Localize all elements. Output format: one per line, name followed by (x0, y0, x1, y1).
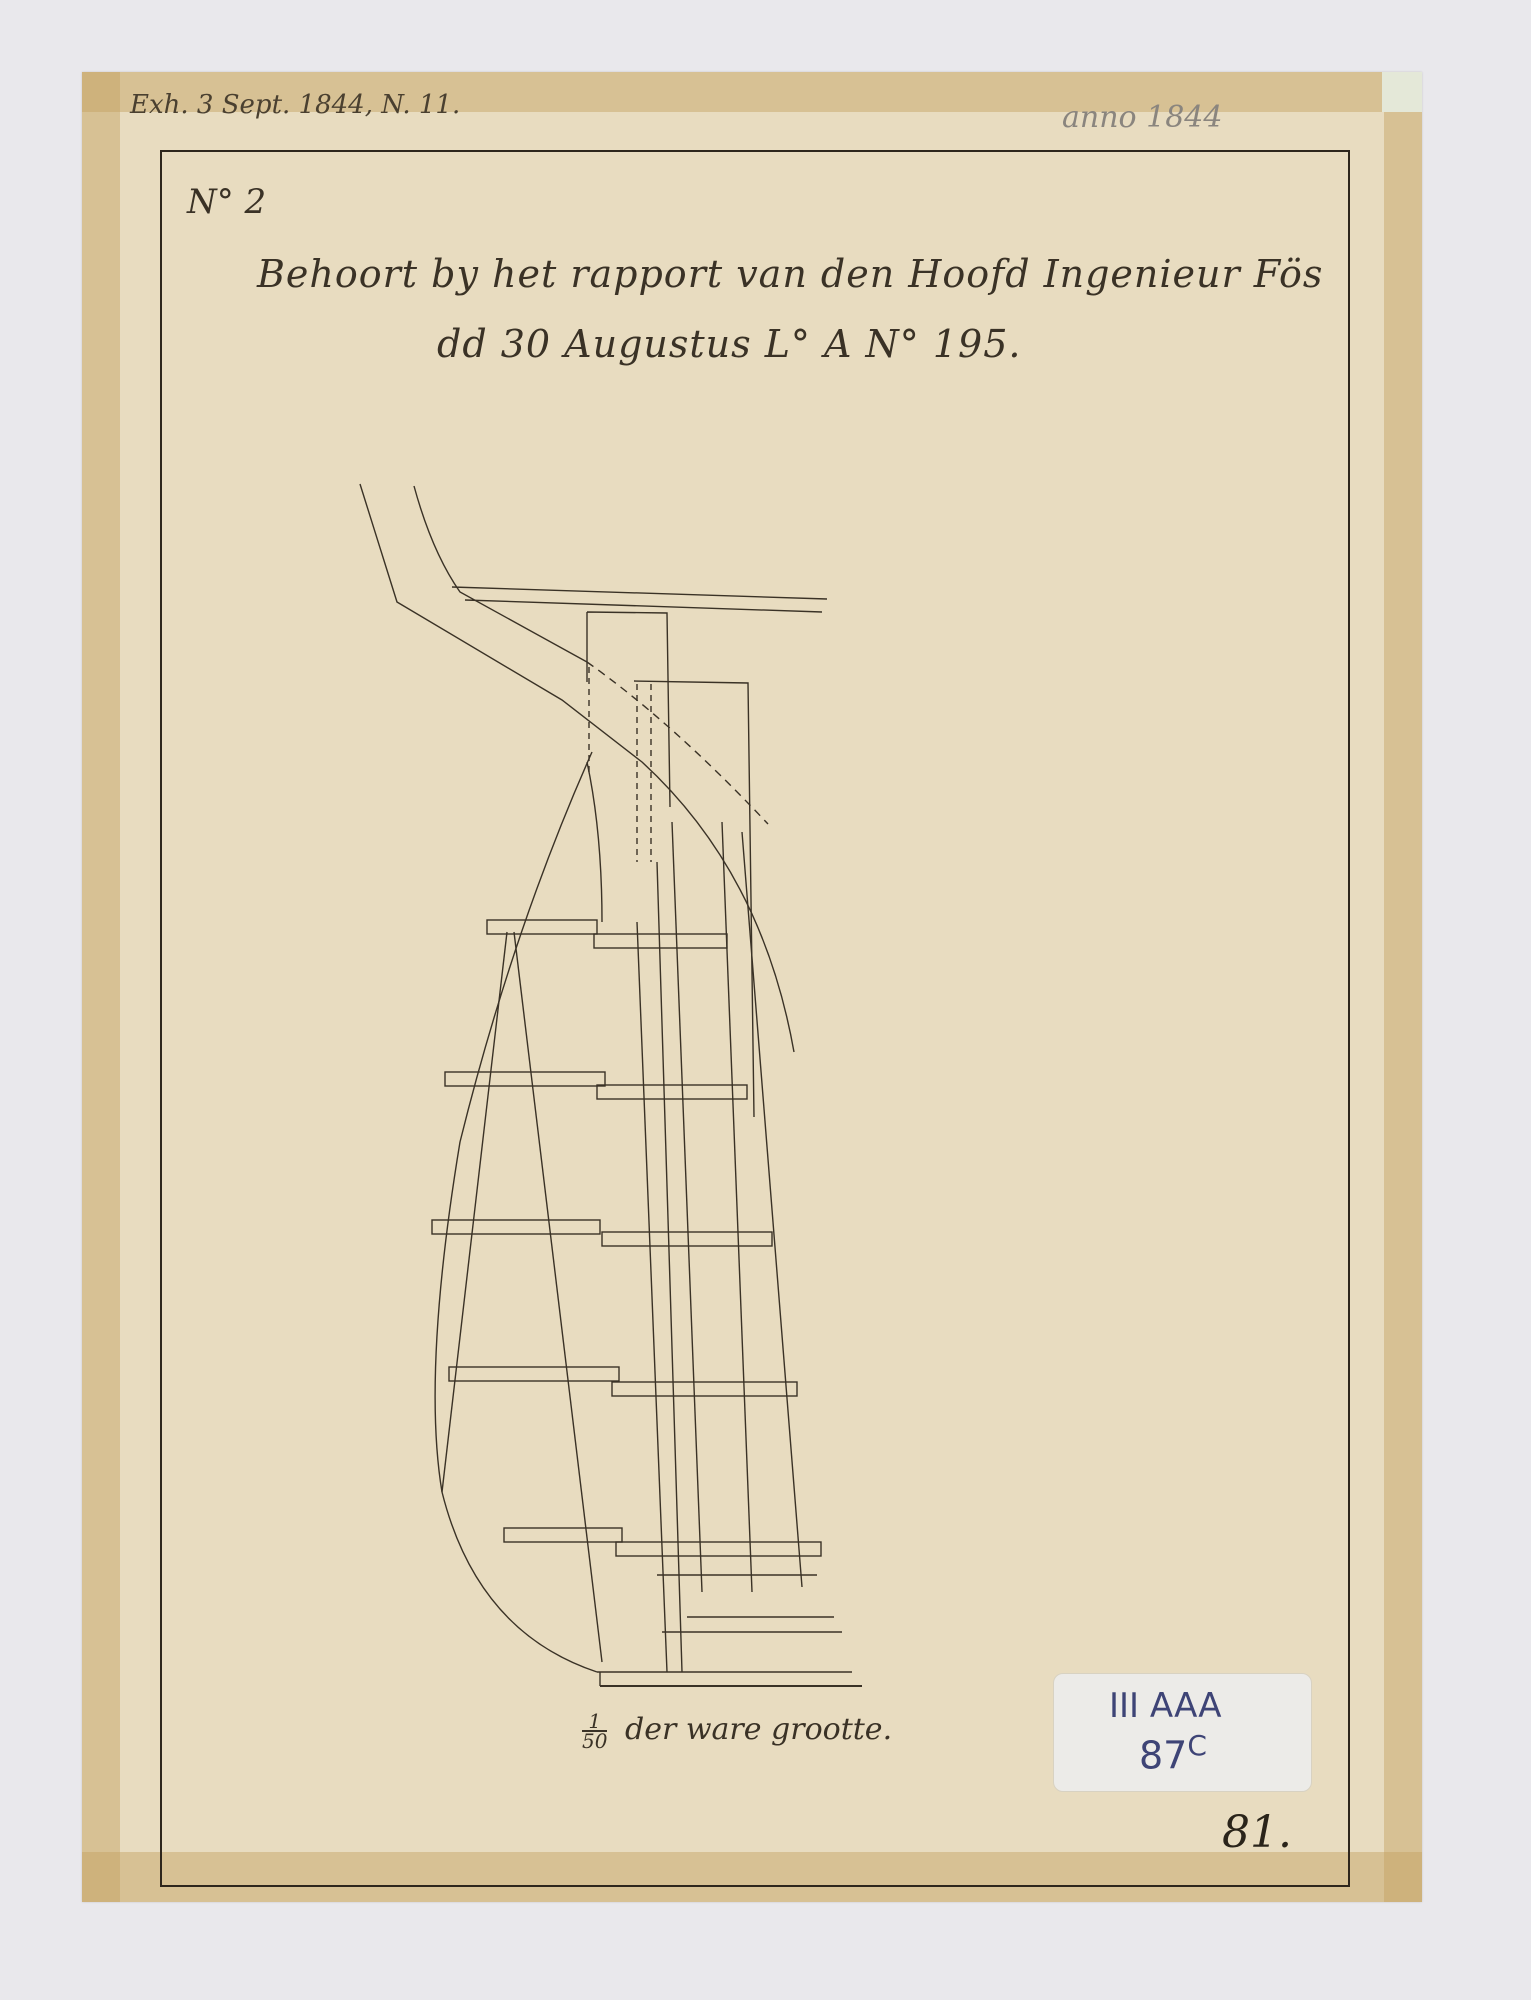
scale-text: der ware grootte. (625, 1712, 892, 1747)
archive-label: III AAA 87C (1053, 1673, 1312, 1792)
technical-drawing (82, 72, 1422, 1902)
scale-fraction: 1 50 (582, 1712, 607, 1750)
archive-label-series: III AAA (1109, 1686, 1222, 1726)
folio-number: 81. (1222, 1807, 1292, 1858)
scale-note: 1 50 der ware grootte. (582, 1712, 892, 1750)
archive-label-number: 87C (1139, 1729, 1207, 1778)
paper-sheet: Exh. 3 Sept. 1844, N. 11. anno 1844 N° 2… (82, 72, 1422, 1902)
